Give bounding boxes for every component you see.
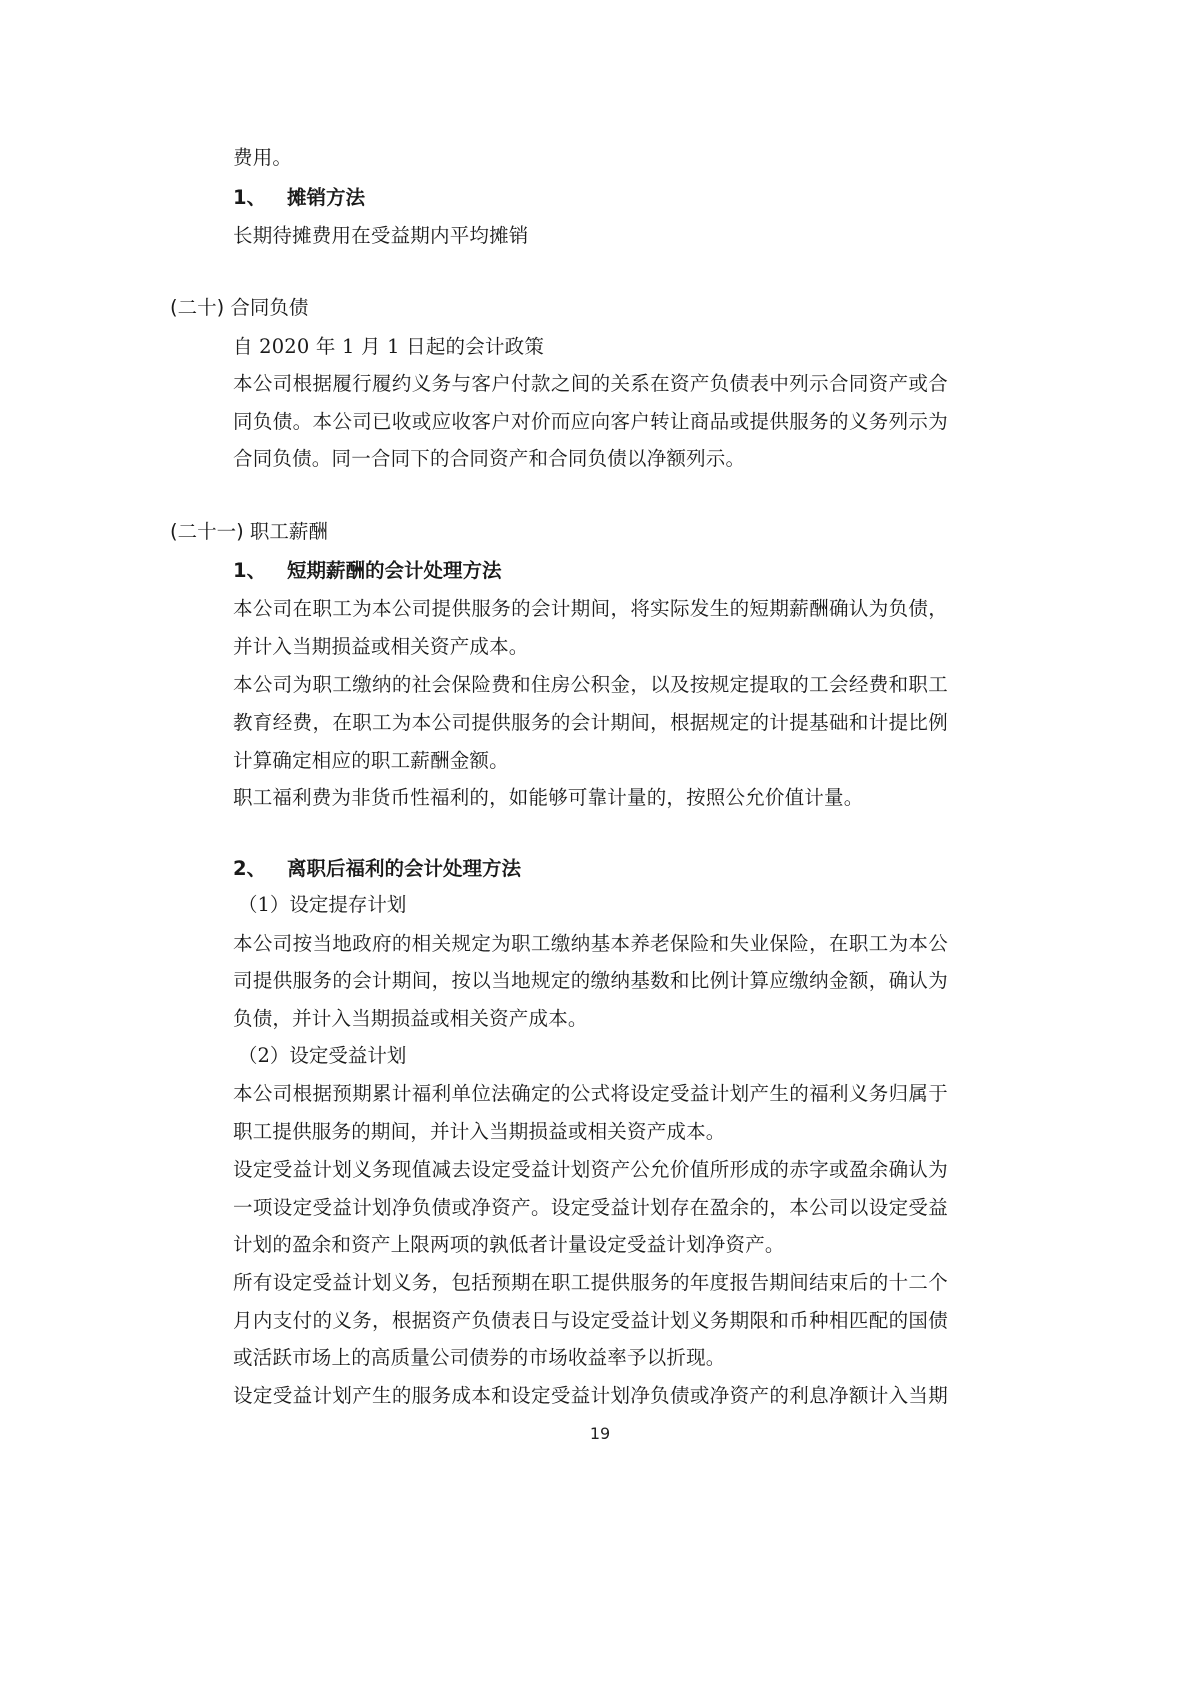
paragraph-line: 职工福利费为非货币性福利的，如能够可靠计量的，按照公允价值计量。 bbox=[233, 786, 948, 810]
paragraph-line: 月内支付的义务，根据资产负债表日与设定受益计划义务期限和币种相匹配的国债 bbox=[233, 1309, 948, 1333]
paragraph-line: 本公司根据履行履约义务与客户付款之间的关系在资产负债表中列示合同资产或合 bbox=[233, 372, 948, 396]
paragraph-line: 费用。 bbox=[233, 146, 948, 170]
page-number: 19 bbox=[0, 1424, 1200, 1443]
sub-item-defined-contribution-plan: （1）设定提存计划 bbox=[238, 893, 406, 917]
heading-number: 2、 bbox=[233, 857, 287, 881]
paragraph-line: 一项设定受益计划净负债或净资产。设定受益计划存在盈余的，本公司以设定受益 bbox=[233, 1196, 948, 1220]
paragraph-line: 设定受益计划义务现值减去设定受益计划资产公允价值所形成的赤字或盈余确认为 bbox=[233, 1158, 948, 1182]
sub-item-defined-benefit-plan: （2）设定受益计划 bbox=[238, 1044, 406, 1068]
paragraph-line: 计划的盈余和资产上限两项的孰低者计量设定受益计划净资产。 bbox=[233, 1233, 948, 1257]
paragraph-line: 职工提供服务的期间，并计入当期损益或相关资产成本。 bbox=[233, 1120, 948, 1144]
paragraph-line: 负债，并计入当期损益或相关资产成本。 bbox=[233, 1007, 948, 1031]
subsection-heading-short-term-compensation: 1、短期薪酬的会计处理方法 bbox=[233, 559, 502, 583]
paragraph-line: 并计入当期损益或相关资产成本。 bbox=[233, 635, 948, 659]
paragraph-line: 本公司在职工为本公司提供服务的会计期间，将实际发生的短期薪酬确认为负债， bbox=[233, 597, 948, 621]
heading-number: 1、 bbox=[233, 186, 287, 210]
heading-text: 短期薪酬的会计处理方法 bbox=[287, 559, 502, 582]
heading-text: 离职后福利的会计处理方法 bbox=[287, 857, 521, 880]
paragraph-line: 合同负债。同一合同下的合同资产和合同负债以净额列示。 bbox=[233, 447, 948, 471]
paragraph-line: 设定受益计划产生的服务成本和设定受益计划净负债或净资产的利息净额计入当期 bbox=[233, 1384, 948, 1408]
paragraph-line: 计算确定相应的职工薪酬金额。 bbox=[233, 749, 948, 773]
heading-number: 1、 bbox=[233, 559, 287, 583]
paragraph-line: 本公司按当地政府的相关规定为职工缴纳基本养老保险和失业保险，在职工为本公 bbox=[233, 932, 948, 956]
paragraph-line: 自 2020 年 1 月 1 日起的会计政策 bbox=[233, 335, 948, 359]
section-heading-employee-compensation: (二十一) 职工薪酬 bbox=[170, 520, 328, 544]
subsection-heading-amortization-method: 1、摊销方法 bbox=[233, 186, 365, 210]
document-page: 费用。 1、摊销方法 长期待摊费用在受益期内平均摊销 (二十) 合同负债 自 2… bbox=[0, 0, 1200, 1696]
paragraph-line: 所有设定受益计划义务，包括预期在职工提供服务的年度报告期间结束后的十二个 bbox=[233, 1271, 948, 1295]
heading-text: 摊销方法 bbox=[287, 186, 365, 209]
paragraph-line: 司提供服务的会计期间，按以当地规定的缴纳基数和比例计算应缴纳金额，确认为 bbox=[233, 969, 948, 993]
paragraph-line: 教育经费，在职工为本公司提供服务的会计期间，根据规定的计提基础和计提比例 bbox=[233, 711, 948, 735]
paragraph-line: 长期待摊费用在受益期内平均摊销 bbox=[233, 224, 948, 248]
section-heading-contract-liabilities: (二十) 合同负债 bbox=[170, 296, 308, 320]
paragraph-line: 或活跃市场上的高质量公司债券的市场收益率予以折现。 bbox=[233, 1346, 948, 1370]
paragraph-line: 本公司为职工缴纳的社会保险费和住房公积金，以及按规定提取的工会经费和职工 bbox=[233, 673, 948, 697]
paragraph-line: 同负债。本公司已收或应收客户对价而应向客户转让商品或提供服务的义务列示为 bbox=[233, 410, 948, 434]
paragraph-line: 本公司根据预期累计福利单位法确定的公式将设定受益计划产生的福利义务归属于 bbox=[233, 1082, 948, 1106]
subsection-heading-post-employment-benefits: 2、离职后福利的会计处理方法 bbox=[233, 857, 521, 881]
